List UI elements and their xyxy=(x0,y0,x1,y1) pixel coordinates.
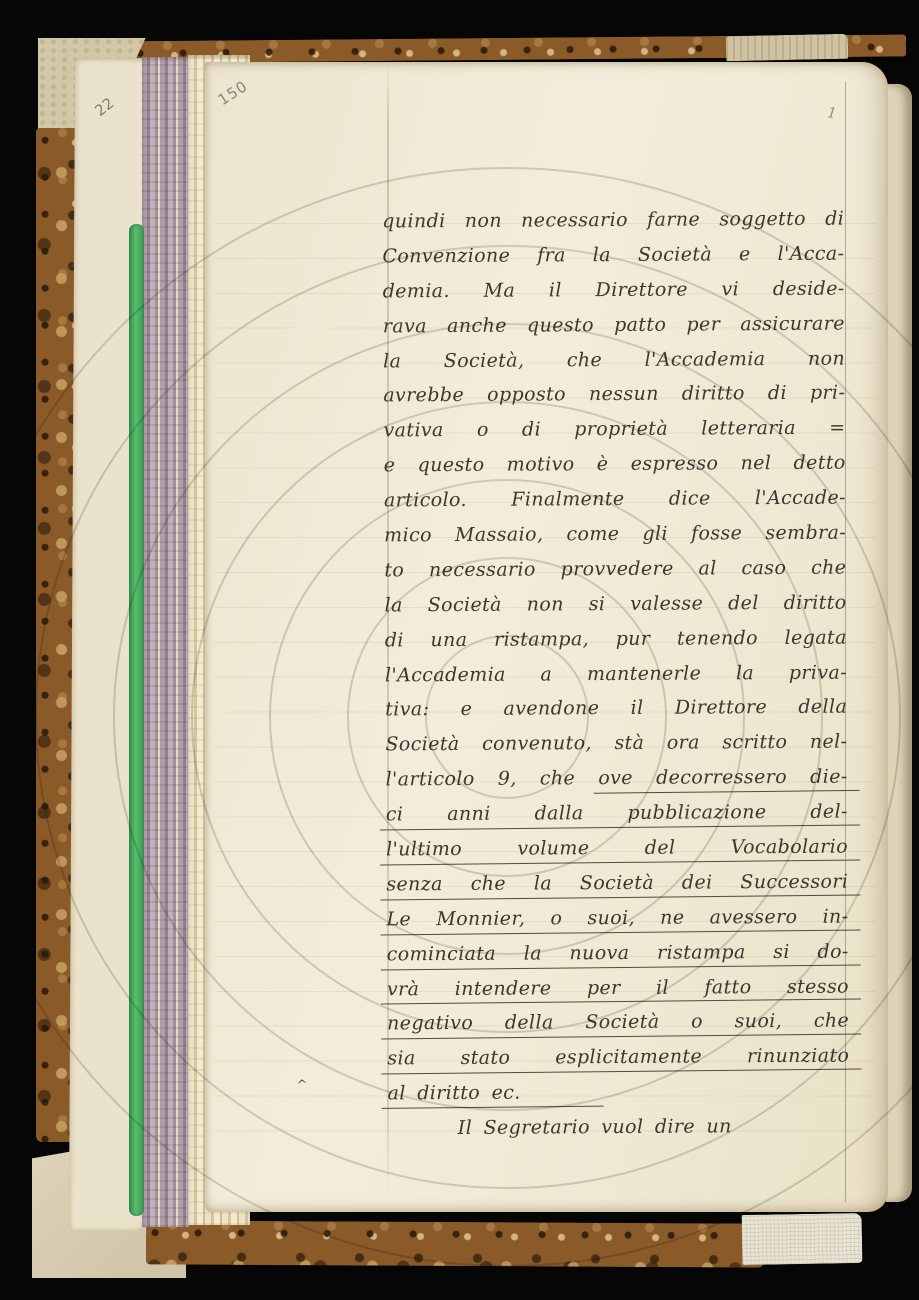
manuscript-line: ci anni dalla pubblicazione del- xyxy=(386,795,848,833)
book-fore-edge xyxy=(886,84,912,1202)
manuscript-line: di una ristampa, pur tenendo legata xyxy=(385,620,847,658)
manuscript-line: sia stato esplicitamente rinunziato xyxy=(387,1039,849,1077)
manuscript-line: la Società non si valesse del diritto xyxy=(384,585,846,623)
page-stack-lavender-edges xyxy=(142,57,189,1227)
manuscript-line: Le Monnier, o suoi, ne avessero in- xyxy=(386,899,848,937)
photo-of-manuscript-book: 22 150 1 ^ quindi non necessario farne s… xyxy=(0,0,919,1300)
manuscript-line: vativa o di proprietà letteraria = xyxy=(383,411,845,449)
left-page-number: 22 xyxy=(91,94,117,120)
manuscript-page: 150 1 ^ quindi non necessario farne sogg… xyxy=(205,62,888,1212)
manuscript-line: quindi non necessario farne soggetto di xyxy=(382,202,844,240)
manuscript-line: rava anche questo patto per assicurare xyxy=(383,306,845,344)
manuscript-line: tiva: e avendone il Direttore della xyxy=(385,690,847,728)
manuscript-line: avrebbe opposto nessun diritto di pri- xyxy=(383,376,845,414)
manuscript-line: Società convenuto, stà ora scritto nel- xyxy=(385,725,847,763)
stray-ink-mark: ^ xyxy=(296,1077,309,1093)
manuscript-line: Il Segretario vuol dire un xyxy=(388,1109,850,1147)
book-cloth-corner-bottom-right xyxy=(742,1213,863,1265)
manuscript-line: vrà intendere per il fatto stesso xyxy=(387,969,849,1007)
book-headcap xyxy=(726,34,848,62)
corner-pencil-tick: 1 xyxy=(824,103,839,123)
manuscript-line: l'ultimo volume del Vocabolario xyxy=(386,830,848,868)
manuscript-line: to necessario provvedere al caso che xyxy=(384,550,846,588)
manuscript-text-block: quindi non necessario farne soggetto diC… xyxy=(382,202,850,1147)
manuscript-line: mico Massaio, come gli fosse sembra- xyxy=(384,516,846,554)
manuscript-line: senza che la Società dei Successori xyxy=(386,865,848,903)
manuscript-line: l'Accademia a mantenerle la priva- xyxy=(385,655,847,693)
manuscript-line: demia. Ma il Direttore vi deside- xyxy=(383,271,845,309)
manuscript-line: Convenzione fra la Società e l'Acca- xyxy=(382,236,844,274)
manuscript-line: articolo. Finalmente dice l'Accade- xyxy=(384,481,846,519)
manuscript-line: cominciata la nuova ristampa si do- xyxy=(387,934,849,972)
manuscript-line: la Società, che l'Accademia non xyxy=(383,341,845,379)
manuscript-line: l'articolo 9, che ove decorressero die- xyxy=(386,760,848,798)
page-stack-green-edge xyxy=(129,224,144,1216)
manuscript-line: e questo motivo è espresso nel detto xyxy=(384,446,846,484)
manuscript-line: negativo della Società o suoi, che xyxy=(387,1004,849,1042)
manuscript-line: al diritto ec. xyxy=(387,1074,849,1112)
right-page-number: 150 xyxy=(215,77,251,109)
book-cover-bottom-edge xyxy=(146,1220,764,1267)
